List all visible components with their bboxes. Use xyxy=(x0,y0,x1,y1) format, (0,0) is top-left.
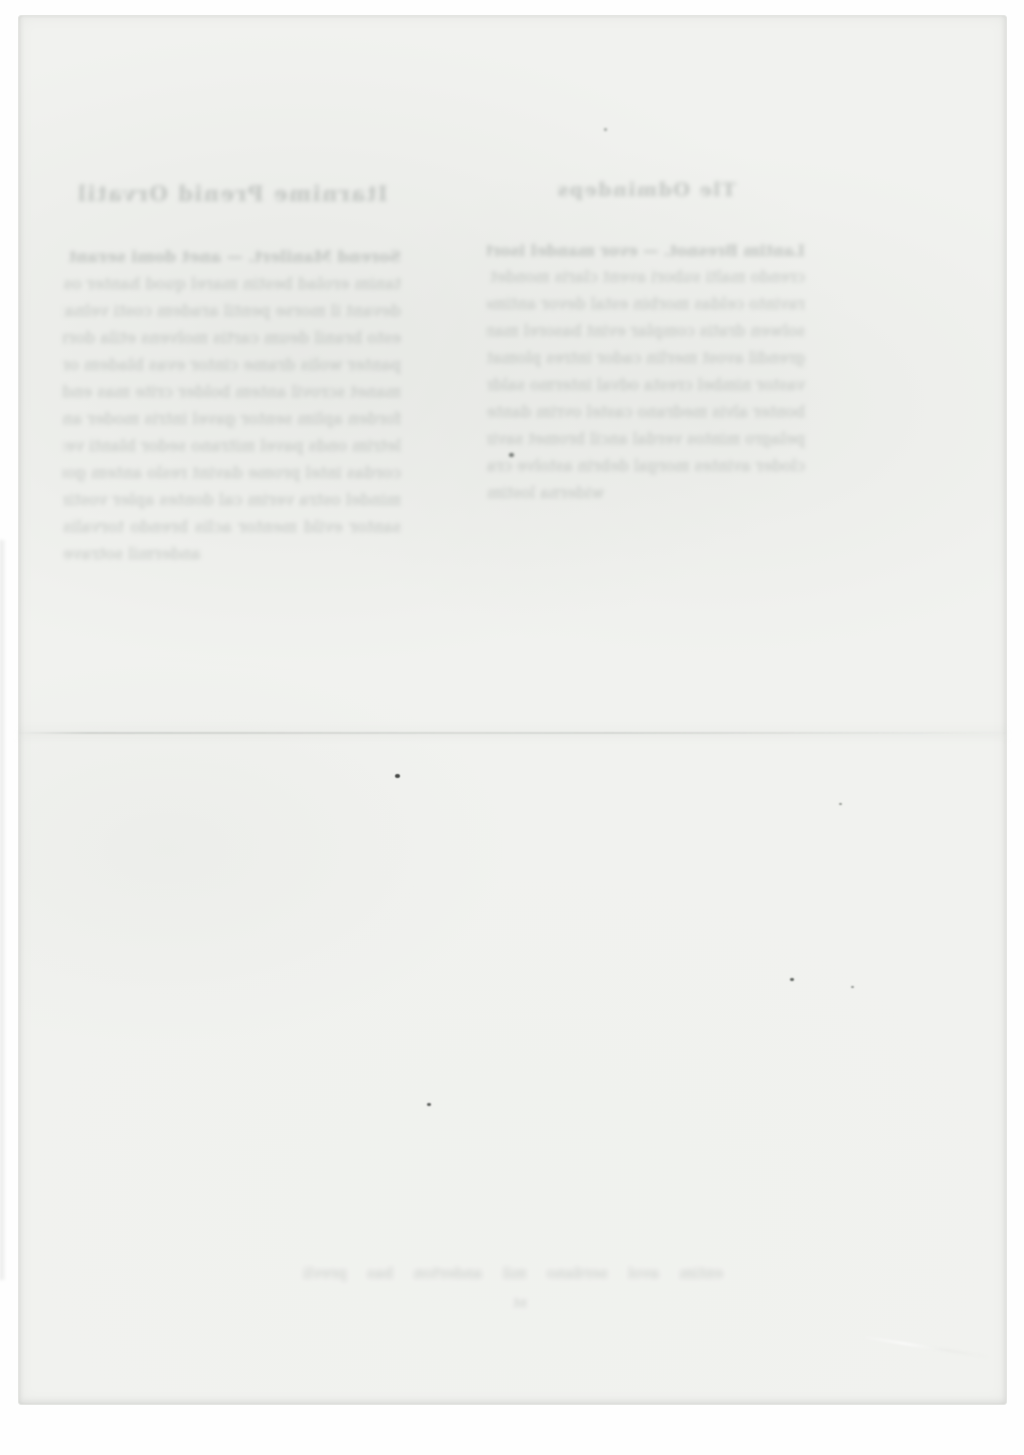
bleedthrough-line: pelagro mintos verdal ancil bromet savin xyxy=(487,426,805,453)
bleedthrough-page-number-mark: nt xyxy=(507,1297,533,1313)
dust-speck xyxy=(839,803,842,805)
bleedthrough-left-column: Itarnime Prenid Orvatil Sorend Manilert.… xyxy=(63,181,401,596)
bleedthrough-left-paragraph: Sorend Manilert. — anet domi serant ovel… xyxy=(63,243,401,567)
bleedthrough-line: mindel ostra verim cal dontes apler vost… xyxy=(63,486,401,513)
bleedthrough-line: letrim onds pavel mitrano sedor blanti v… xyxy=(63,432,401,459)
bleedthrough-footer-line: entim avol serdano mil anderton bas prev… xyxy=(303,1262,723,1286)
bleedthrough-line: cloder avintes morgal debrin astolve cra… xyxy=(487,453,805,480)
bleedthrough-line: panter wolis drame cintor evas bladem or… xyxy=(63,351,401,378)
bleedthrough-line: cordas intel prome davint reslo antem go… xyxy=(63,459,401,486)
dust-speck xyxy=(427,1103,431,1106)
bleedthrough-line: vastor nimbel cresta odval intermo saldr… xyxy=(487,372,805,399)
dust-speck xyxy=(851,986,854,988)
bleedthrough-right-column: Tle Odmindeps Lantim Bresnot. — evor man… xyxy=(487,177,805,569)
bleedthrough-line: andermil sotrave xyxy=(63,540,401,567)
scan-background: Itarnime Prenid Orvatil Sorend Manilert.… xyxy=(0,0,1024,1455)
bleedthrough-line: tanim erolad bestin marel quod hanter os… xyxy=(63,270,401,297)
dust-speck xyxy=(790,978,794,981)
bleedthrough-line: Sorend Manilert. — anet domi serant ovel xyxy=(63,243,401,270)
bleedthrough-line: ravinto celdas morbin estal devor antime… xyxy=(487,291,805,318)
bleedthrough-line: grendil avost merlin cador intres plomat… xyxy=(487,345,805,372)
bleedthrough-line: Lantim Bresnot. — evor mandel isorta vey xyxy=(487,237,805,264)
dust-speck xyxy=(604,128,607,131)
bleedthrough-line: widerna lostim xyxy=(487,480,805,507)
bleedthrough-line: forden aplim sentor gavel intris moder a… xyxy=(63,405,401,432)
dust-speck xyxy=(395,774,400,778)
bleedthrough-line: solwen dratis complar evint basorel mant… xyxy=(487,318,805,345)
bleedthrough-right-paragraph: Lantim Bresnot. — evor mandel isorta vey… xyxy=(487,237,805,507)
bleedthrough-line: esto branil deum cartis molvens etila do… xyxy=(63,324,401,351)
bleedthrough-line: manet scrovil antem bolder crite mas end… xyxy=(63,378,401,405)
paper-sheet: Itarnime Prenid Orvatil Sorend Manilert.… xyxy=(18,15,1007,1405)
fold-crease-line xyxy=(19,732,1006,734)
bleedthrough-left-headline: Itarnime Prenid Orvatil xyxy=(63,181,401,211)
scanner-edge-shadow xyxy=(0,540,6,1280)
bleedthrough-line: devant il morse pentil aradem costi veln… xyxy=(63,297,401,324)
bleedthrough-line: santor evild mentor aclis brendo torvali… xyxy=(63,513,401,540)
bleedthrough-line: crendo malti subori avent claris mondet … xyxy=(487,264,805,291)
bleedthrough-line: bonter alvis medrano castel ovrim dantes xyxy=(487,399,805,426)
corner-crease-mark xyxy=(862,1336,991,1358)
bleedthrough-right-headline: Tle Odmindeps xyxy=(487,177,805,207)
